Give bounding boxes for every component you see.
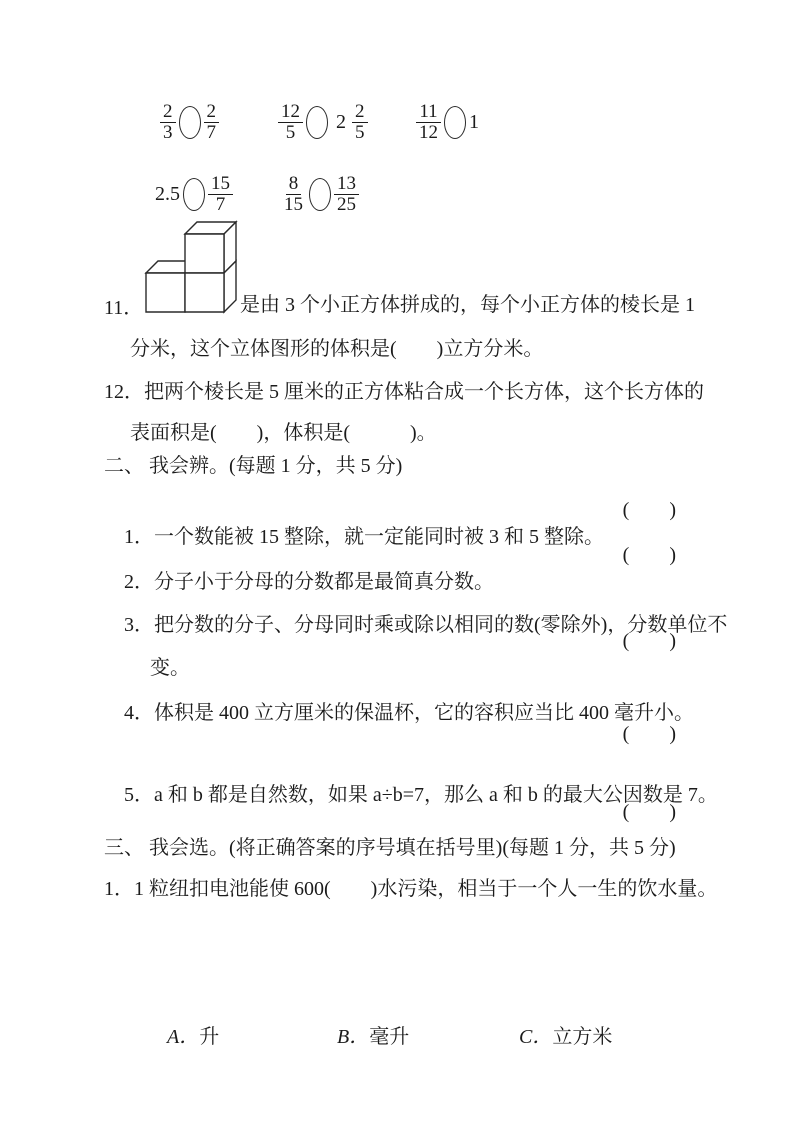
fraction-denominator: 3 xyxy=(160,123,176,143)
fraction-denominator: 5 xyxy=(352,123,368,143)
mc-option-b: B．毫升 xyxy=(317,997,409,1078)
worksheet-page: 2 3 2 7 12 5 2 2 5 11 12 1 2.5 15 xyxy=(0,0,793,1122)
fraction-denominator: 7 xyxy=(204,123,220,143)
comparison-item: 2.5 15 7 xyxy=(155,171,233,217)
fraction-numerator: 2 xyxy=(160,102,176,123)
number: 1 xyxy=(469,111,479,134)
mc-option-c-letter: C． xyxy=(519,1026,552,1048)
answer-bracket: ( ) xyxy=(623,497,676,524)
comparison-circle xyxy=(444,106,466,139)
section2-heading: 二、 我会辨。(每题 1 分，共 5 分) xyxy=(104,453,402,480)
mc-option-c: C．立方米 xyxy=(499,997,612,1078)
answer-bracket: ( ) xyxy=(623,628,676,655)
number: 2.5 xyxy=(155,183,180,206)
fraction: 2 7 xyxy=(204,102,220,143)
mc-option-a-letter: A． xyxy=(167,1026,199,1048)
question-11-text: 是由 3 个小正方体拼成的，每个小正方体的棱长是 1 xyxy=(240,292,695,319)
fraction-numerator: 8 xyxy=(286,174,302,195)
mc-option-a: A．升 xyxy=(147,997,219,1078)
fraction-denominator: 25 xyxy=(334,195,359,215)
fraction-numerator: 2 xyxy=(352,102,368,123)
mc-option-c-text: 立方米 xyxy=(552,1026,612,1048)
fraction-denominator: 5 xyxy=(283,123,299,143)
fraction: 15 7 xyxy=(208,174,233,215)
comparison-item: 8 15 13 25 xyxy=(281,171,359,217)
comparison-circle xyxy=(309,178,331,211)
fraction-numerator: 15 xyxy=(208,174,233,195)
comparison-circle xyxy=(306,106,328,139)
fraction: 11 12 xyxy=(416,102,441,143)
comparison-item: 11 12 1 xyxy=(416,99,479,145)
fraction-numerator: 11 xyxy=(416,102,440,123)
section3-heading: 三、 我会选。(将正确答案的序号填在括号里)(每题 1 分，共 5 分) xyxy=(104,835,676,862)
answer-bracket: ( ) xyxy=(623,799,676,826)
cube-top-front-face xyxy=(185,234,224,273)
fraction: 2 3 xyxy=(160,102,176,143)
fraction-numerator: 13 xyxy=(334,174,359,195)
comparison-circle xyxy=(183,178,205,211)
fraction-denominator: 15 xyxy=(281,195,306,215)
question-12-text-line2: 表面积是( )，体积是( )。 xyxy=(130,420,437,447)
question-12-text: 12．把两个棱长是 5 厘米的正方体粘合成一个长方体，这个长方体的 xyxy=(104,379,704,406)
fraction: 13 25 xyxy=(334,174,359,215)
comparison-circle xyxy=(179,106,201,139)
mc-option-a-text: 升 xyxy=(199,1026,219,1048)
answer-bracket: ( ) xyxy=(623,542,676,569)
mc-question-1-text: 1．1 粒纽扣电池能使 600( )水污染，相当于一个人一生的饮水量。 xyxy=(104,876,717,903)
question-11-text-line2: 分米，这个立体图形的体积是( )立方分米。 xyxy=(130,336,543,363)
mc-option-b-letter: B． xyxy=(337,1026,369,1048)
cube-bottomleft-front-face xyxy=(146,273,185,312)
cube-bottomright-front-face xyxy=(185,273,224,312)
fraction: 12 5 xyxy=(278,102,303,143)
fraction-denominator: 7 xyxy=(213,195,229,215)
fraction-numerator: 2 xyxy=(204,102,220,123)
comparison-item: 12 5 2 2 5 xyxy=(278,99,368,145)
mixed-number-whole: 2 xyxy=(336,111,346,134)
answer-bracket: ( ) xyxy=(623,721,676,748)
fraction-numerator: 12 xyxy=(278,102,303,123)
fraction-denominator: 12 xyxy=(416,123,441,143)
mc-option-b-text: 毫升 xyxy=(369,1026,409,1048)
question-11-number: 11． xyxy=(104,295,143,322)
comparison-item: 2 3 2 7 xyxy=(160,99,219,145)
fraction: 8 15 xyxy=(281,174,306,215)
fraction: 2 5 xyxy=(352,102,368,143)
